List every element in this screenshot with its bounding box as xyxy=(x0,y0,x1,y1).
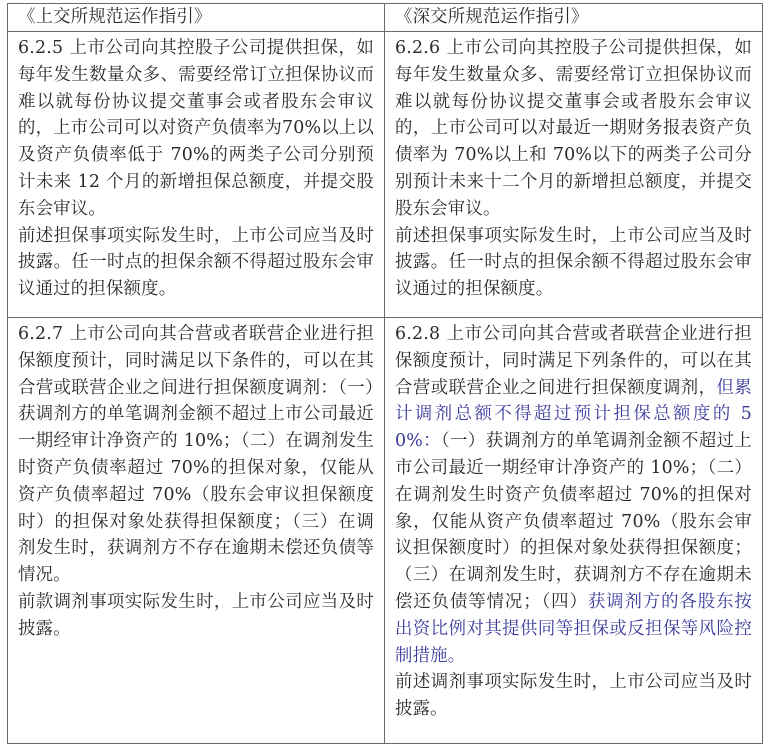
clause-6-2-8-paragraph-1: 6.2.8上市公司向其合营或者联营企业进行担保额度预计，同时满足下列条件的，可以… xyxy=(395,321,752,669)
clause-text: （一）获调剂方的单笔调剂金额不超过上市公司最近一期经审计净资产的 10%；（二）… xyxy=(395,431,752,612)
clause-number: 6.2.6 xyxy=(395,38,440,58)
clause-6-2-8-paragraph-2: 前述调剂事项实际发生时，上市公司应当及时披露。 xyxy=(395,669,752,723)
table-row: 6.2.7上市公司向其合营或者联营企业进行担保额度预计，同时满足以下条件的，可以… xyxy=(8,318,763,744)
clause-text: 上市公司向其合营或者联营企业进行担保额度预计，同时满足下列条件的，可以在其合营或… xyxy=(395,324,752,398)
table-row: 6.2.5上市公司向其控股子公司提供担保，如每年发生数量众多、需要经常订立担保协… xyxy=(8,32,763,318)
clause-number: 6.2.7 xyxy=(18,324,63,344)
clause-6-2-7-paragraph-1: 6.2.7上市公司向其合营或者联营企业进行担保额度预计，同时满足以下条件的，可以… xyxy=(18,321,374,589)
clause-6-2-7-paragraph-2: 前款调剂事项实际发生时，上市公司应当及时披露。 xyxy=(18,589,374,643)
clause-6-2-5-cell: 6.2.5上市公司向其控股子公司提供担保，如每年发生数量众多、需要经常订立担保协… xyxy=(8,32,385,318)
clause-6-2-6-paragraph-2: 前述担保事项实际发生时，上市公司应当及时披露。任一时点的担保余额不得超过股东会审… xyxy=(395,223,752,303)
clause-6-2-6-paragraph-1: 6.2.6上市公司向其控股子公司提供担保，如每年发生数量众多、需要经常订立担保协… xyxy=(395,35,752,223)
clause-number: 6.2.8 xyxy=(395,324,440,344)
clause-text: 上市公司向其控股子公司提供担保，如每年发生数量众多、需要经常订立担保协议而难以就… xyxy=(395,38,752,219)
clause-text: 上市公司向其控股子公司提供担保，如每年发生数量众多、需要经常订立担保协议而难以就… xyxy=(18,38,374,219)
table-header-row: 《上交所规范运作指引》 《深交所规范运作指引》 xyxy=(8,4,763,32)
comparison-table: 《上交所规范运作指引》 《深交所规范运作指引》 6.2.5上市公司向其控股子公司… xyxy=(7,3,763,744)
clause-6-2-7-cell: 6.2.7上市公司向其合营或者联营企业进行担保额度预计，同时满足以下条件的，可以… xyxy=(8,318,385,744)
clause-text: 上市公司向其合营或者联营企业进行担保额度预计，同时满足以下条件的，可以在其合营或… xyxy=(18,324,374,585)
clause-6-2-8-cell: 6.2.8上市公司向其合营或者联营企业进行担保额度预计，同时满足下列条件的，可以… xyxy=(385,318,763,744)
clause-6-2-5-paragraph-2: 前述担保事项实际发生时，上市公司应当及时披露。任一时点的担保余额不得超过股东会审… xyxy=(18,223,374,303)
header-szse-guidelines: 《深交所规范运作指引》 xyxy=(385,4,763,32)
clause-6-2-6-cell: 6.2.6上市公司向其控股子公司提供担保，如每年发生数量众多、需要经常订立担保协… xyxy=(385,32,763,318)
header-sse-guidelines: 《上交所规范运作指引》 xyxy=(8,4,385,32)
clause-number: 6.2.5 xyxy=(18,38,63,58)
clause-6-2-5-paragraph-1: 6.2.5上市公司向其控股子公司提供担保，如每年发生数量众多、需要经常订立担保协… xyxy=(18,35,374,223)
